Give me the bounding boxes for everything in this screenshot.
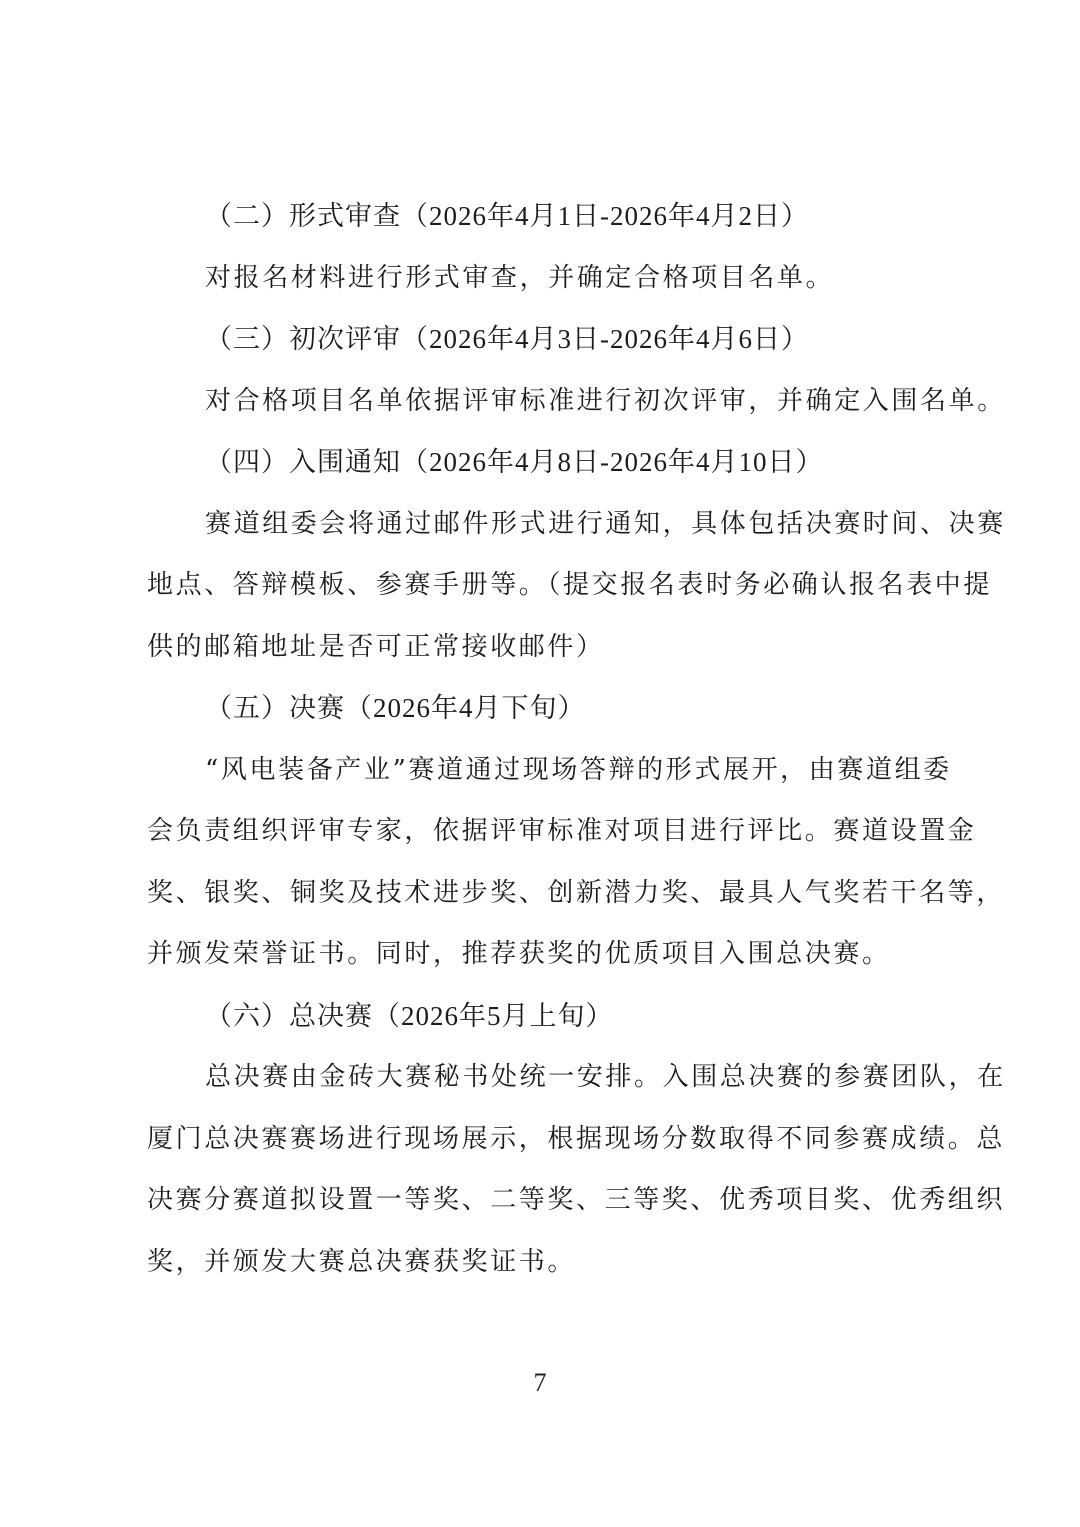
section-heading-grand-final: （六）总决赛（2026年5月上旬）	[147, 986, 927, 1048]
paragraph-line: 供的邮箱地址是否可正常接收邮件）	[147, 617, 927, 679]
section-heading-initial-review: （三）初次评审（2026年4月3日-2026年4月6日）	[147, 309, 927, 371]
paragraph-line: 并颁发荣誉证书。同时，推荐获奖的优质项目入围总决赛。	[147, 924, 927, 986]
paragraph-line: “风电装备产业”赛道通过现场答辩的形式展开，由赛道组委	[147, 740, 927, 802]
paragraph-line: 决赛分赛道拟设置一等奖、二等奖、三等奖、优秀项目奖、优秀组织	[147, 1170, 927, 1232]
paragraph-line: 总决赛由金砖大赛秘书处统一安排。入围总决赛的参赛团队，在	[147, 1047, 927, 1109]
section-heading-final: （五）决赛（2026年4月下旬）	[147, 678, 927, 740]
paragraph-line: 赛道组委会将通过邮件形式进行通知，具体包括决赛时间、决赛	[147, 494, 927, 556]
paragraph-line: 奖、银奖、铜奖及技术进步奖、创新潜力奖、最具人气奖若干名等，	[147, 863, 927, 925]
paragraph-line: 会负责组织评审专家，依据评审标准对项目进行评比。赛道设置金	[147, 801, 927, 863]
page-number: 7	[0, 1368, 1080, 1398]
paragraph-line: 对合格项目名单依据评审标准进行初次评审，并确定入围名单。	[147, 371, 927, 433]
document-body: （二）形式审查（2026年4月1日-2026年4月2日） 对报名材料进行形式审查…	[147, 186, 927, 1293]
paragraph-line: 奖，并颁发大赛总决赛获奖证书。	[147, 1232, 927, 1294]
paragraph-line: 厦门总决赛赛场进行现场展示，根据现场分数取得不同参赛成绩。总	[147, 1109, 927, 1171]
document-page: （二）形式审查（2026年4月1日-2026年4月2日） 对报名材料进行形式审查…	[0, 0, 1080, 1527]
paragraph-line: 对报名材料进行形式审查，并确定合格项目名单。	[147, 248, 927, 310]
section-heading-formal-review: （二）形式审查（2026年4月1日-2026年4月2日）	[147, 186, 927, 248]
section-heading-shortlist-notice: （四）入围通知（2026年4月8日-2026年4月10日）	[147, 432, 927, 494]
paragraph-line: 地点、答辩模板、参赛手册等。（提交报名表时务必确认报名表中提	[147, 555, 927, 617]
